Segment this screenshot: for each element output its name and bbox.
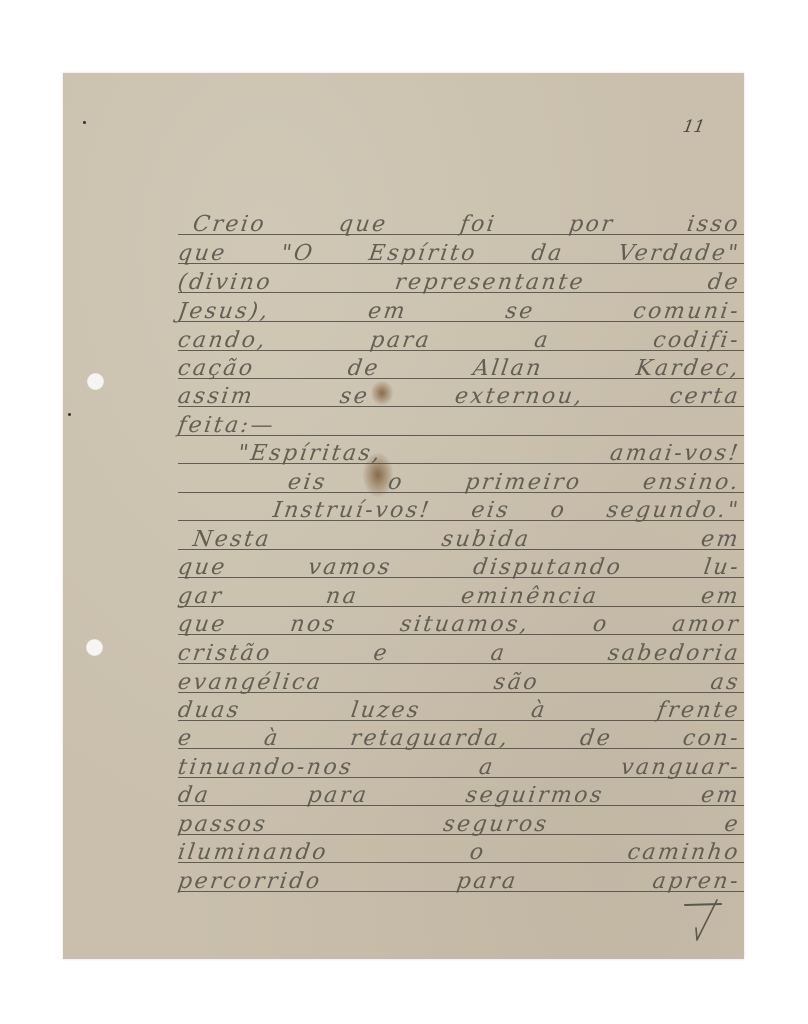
handwritten-line: cando, para a codifi-: [176, 327, 742, 355]
punch-hole-bottom: [86, 639, 103, 656]
handwritten-line: da para seguirmos em: [176, 782, 742, 810]
page-number: 11: [681, 117, 706, 137]
handwritten-line: duas luzes à frente: [176, 697, 742, 725]
handwritten-line: "Espíritas, amai-vos!: [236, 440, 742, 468]
handwritten-line: gar na eminência em: [176, 583, 742, 611]
punch-hole-top: [87, 373, 104, 390]
handwritten-line: Creio que foi por isso: [191, 211, 742, 239]
handwritten-line: cristão e a sabedoria: [176, 640, 742, 668]
handwritten-line: percorrido para apren-: [176, 868, 742, 896]
handwritten-line: Jesus), em se comuni-: [176, 298, 742, 326]
check-mark-icon: [683, 898, 723, 943]
handwritten-line: cação de Allan Kardec,: [176, 355, 742, 383]
handwritten-line: feita:—: [176, 412, 277, 440]
handwritten-line: eis o primeiro ensino.: [286, 469, 742, 497]
handwritten-line: assim se externou, certa: [176, 383, 742, 411]
handwritten-line: que vamos disputando lu-: [176, 554, 742, 582]
handwritten-line: passos seguros e: [176, 811, 742, 839]
handwritten-line: Instruí-vos! eis o segundo.": [271, 497, 742, 525]
handwritten-line: evangélica são as: [176, 669, 742, 697]
ink-speck: [83, 121, 86, 124]
handwritten-line: tinuando-nos a vanguar-: [176, 754, 742, 782]
manuscript-page: 11 Creio que foi por isso que "O Espírit…: [63, 73, 744, 959]
handwritten-line: e à retaguarda, de con-: [176, 725, 742, 753]
handwritten-line: que "O Espírito da Verdade": [176, 240, 742, 268]
handwritten-line: Nesta subida em: [191, 526, 742, 554]
ink-speck: [68, 413, 71, 416]
handwritten-line: iluminando o caminho: [176, 839, 742, 867]
handwritten-line: (divino representante de: [176, 269, 742, 297]
handwritten-line: que nos situamos, o amor: [176, 611, 742, 639]
